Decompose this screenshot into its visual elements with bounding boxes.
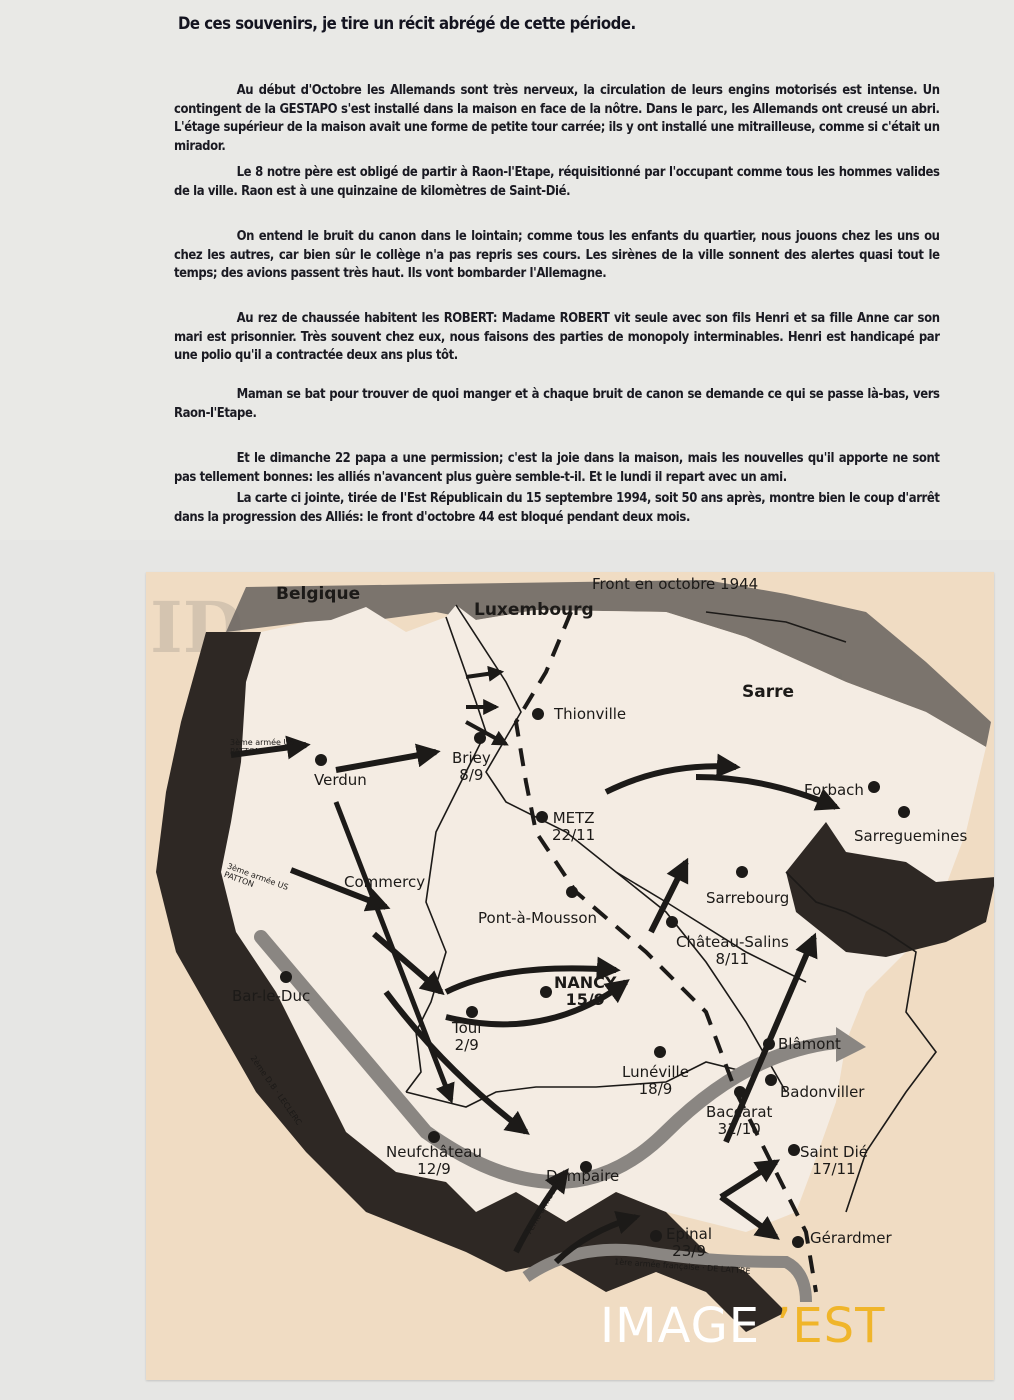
city-name: Toul (452, 1019, 481, 1037)
paragraph-5: Maman se bat pour trouver de quoi manger… (174, 386, 940, 423)
paragraph-7: La carte ci jointe, tirée de l'Est Répub… (174, 490, 940, 527)
city-name: Epinal (666, 1225, 712, 1243)
paragraph-4: Au rez de chaussée habitent les ROBERT: … (174, 310, 940, 366)
city-date: 8/9 (459, 766, 483, 784)
region-label-luxembourg: Luxembourg (474, 602, 594, 619)
city-name: Saint Dié (800, 1143, 868, 1161)
city-sarrebourg: Sarrebourg (706, 890, 789, 907)
city-verdun: Verdun (314, 772, 367, 789)
paragraph-1: Au début d'Octobre les Allemands sont tr… (174, 82, 940, 156)
city-gerardmer: Gérardmer (810, 1230, 892, 1247)
watermark: IMAGE’EST (600, 1298, 885, 1354)
city-date: 12/9 (417, 1160, 451, 1178)
city-saint-die: Saint Dié17/11 (800, 1144, 868, 1178)
city-chateau-salins: Château-Salins8/11 (676, 934, 789, 968)
paragraph-text: La carte ci jointe, tirée de l'Est Répub… (174, 490, 940, 527)
city-date: 31/10 (718, 1120, 761, 1138)
city-sarreguemines: Sarreguemines (854, 828, 967, 845)
city-date: 23/9 (672, 1242, 706, 1260)
paragraph-6: Et le dimanche 22 papa a une permission;… (174, 450, 940, 487)
city-date: 17/11 (812, 1160, 855, 1178)
army-commander: PATTON (230, 747, 261, 756)
paragraph-text: Au début d'Octobre les Allemands sont tr… (174, 82, 940, 156)
city-nancy: NANCY15/9 (554, 974, 617, 1008)
city-metz: METZ22/11 (552, 810, 595, 844)
city-commercy: Commercy (344, 874, 425, 891)
city-date: 18/9 (639, 1080, 673, 1098)
city-luneville: Lunéville18/9 (622, 1064, 689, 1098)
paragraph-text: Le 8 notre père est obligé de partir à R… (174, 164, 940, 201)
city-name: Château-Salins (676, 933, 789, 951)
city-toul: Toul2/9 (452, 1020, 481, 1054)
city-briey: Briey8/9 (452, 750, 491, 784)
city-blamont: Blâmont (778, 1036, 841, 1053)
map-title: Front en octobre 1944 (592, 576, 758, 593)
army-label-patton-1: 3ème armée USPATTON (230, 738, 294, 756)
city-forbach: Forbach (804, 782, 864, 799)
paragraph-2: Le 8 notre père est obligé de partir à R… (174, 164, 940, 201)
newspaper-map-clipping: ID ATTENTION ! (146, 572, 994, 1380)
paragraph-text: Au rez de chaussée habitent les ROBERT: … (174, 310, 940, 366)
city-baccarat: Baccarat31/10 (706, 1104, 772, 1138)
city-name: Lunéville (622, 1063, 689, 1081)
city-neufchateau: Neufchâteau12/9 (386, 1144, 482, 1178)
city-pont-a-mousson: Pont-à-Mousson (478, 910, 597, 927)
city-date: 22/11 (552, 826, 595, 844)
region-label-belgique: Belgique (276, 586, 360, 603)
city-date: 15/9 (566, 990, 605, 1009)
region-label-sarre: Sarre (742, 684, 794, 701)
document-heading: De ces souvenirs, je tire un récit abrég… (178, 14, 636, 34)
city-name: Neufchâteau (386, 1143, 482, 1161)
paragraph-3: On entend le bruit du canon dans le loin… (174, 228, 940, 284)
paragraph-text: Maman se bat pour trouver de quoi manger… (174, 386, 940, 423)
city-badonviller: Badonviller (780, 1084, 864, 1101)
city-name: Briey (452, 749, 491, 767)
city-name: Baccarat (706, 1103, 772, 1121)
watermark-part1: IMAGE (600, 1298, 760, 1354)
city-date: 2/9 (455, 1036, 479, 1054)
watermark-part2: ’EST (776, 1298, 885, 1354)
city-thionville: Thionville (554, 706, 626, 723)
city-epinal: Epinal23/9 (666, 1226, 712, 1260)
paragraph-text: On entend le bruit du canon dans le loin… (174, 228, 940, 284)
army-name: 3ème armée US (230, 738, 294, 747)
city-name: METZ (553, 809, 595, 827)
city-bar-le-duc: Bar-le-Duc (232, 988, 310, 1005)
city-date: 8/11 (716, 950, 750, 968)
paragraph-text: Et le dimanche 22 papa a une permission;… (174, 450, 940, 487)
